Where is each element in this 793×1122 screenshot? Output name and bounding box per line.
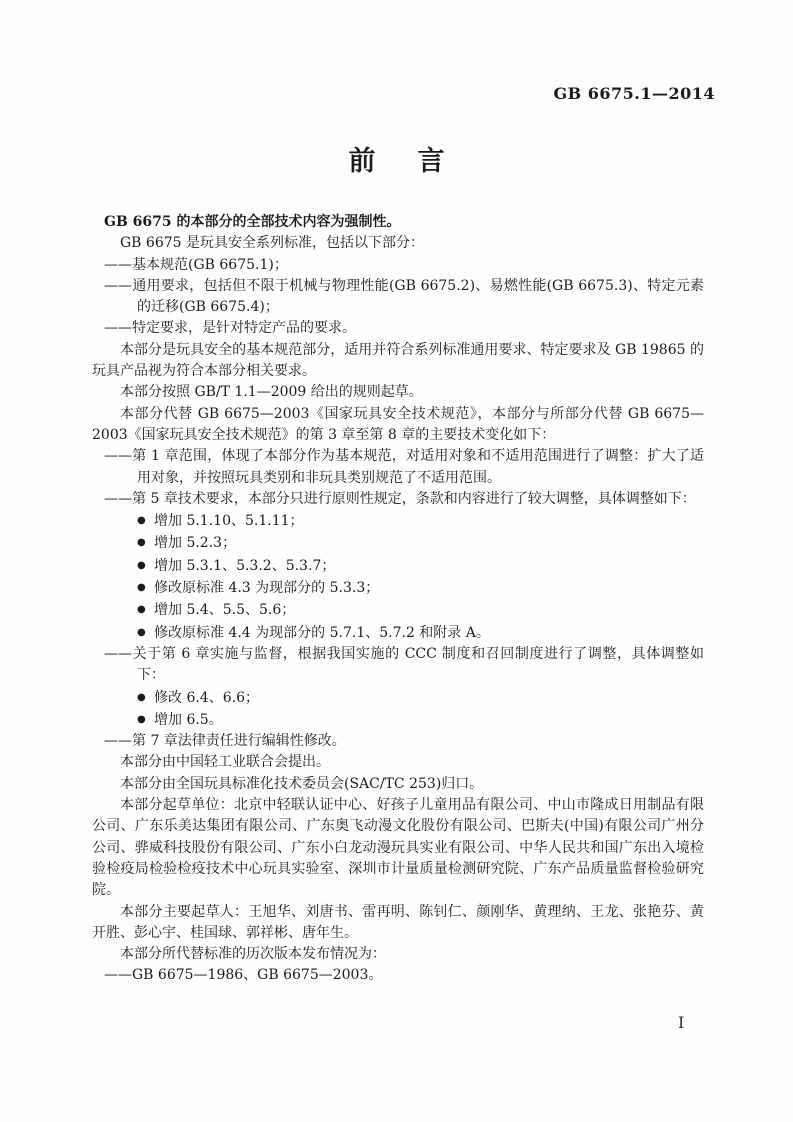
page-title-char-right: 言: [418, 146, 445, 178]
bullet-item: ●增加 5.3.1、5.3.2、5.3.7；: [92, 555, 704, 577]
bullet-icon: ●: [137, 532, 154, 553]
dash-item: ——GB 6675—1986、GB 6675—2003。: [92, 965, 704, 986]
bullet-item-text: 修改原标准 4.3 为现部分的 5.3.3；: [154, 580, 379, 596]
paragraph: 本部分所代替标准的历次版本发布情况为：: [92, 944, 704, 965]
dash-item: ——第 5 章技术要求，本部分只进行原则性规定，条款和内容进行了较大调整，具体调…: [92, 489, 704, 510]
document-page: GB 6675.1—2014 前 言 GB 6675 的本部分的全部技术内容为强…: [0, 0, 793, 1122]
bullet-icon: ●: [137, 709, 154, 730]
paragraph: 本部分起草单位：北京中轻联认证中心、好孩子儿童用品有限公司、中山市隆成日用制品有…: [92, 795, 704, 901]
page-number: I: [678, 1013, 684, 1032]
bullet-icon: ●: [137, 555, 154, 576]
paragraph: 本部分按照 GB/T 1.1—2009 给出的规则起草。: [92, 382, 704, 403]
bullet-item: ●修改原标准 4.3 为现部分的 5.3.3；: [92, 577, 704, 599]
bullet-item-text: 修改 6.4、6.6；: [154, 690, 259, 706]
bullet-icon: ●: [137, 599, 154, 620]
paragraph: 本部分是玩具安全的基本规范部分，适用并符合系列标准通用要求、特定要求及 GB 1…: [92, 340, 704, 383]
bullet-item: ●修改原标准 4.4 为现部分的 5.7.1、5.7.2 和附录 A。: [92, 622, 704, 644]
document-body: GB 6675 的本部分的全部技术内容为强制性。GB 6675 是玩具安全系列标…: [92, 212, 704, 987]
bullet-item: ●修改 6.4、6.6；: [92, 687, 704, 709]
paragraph: 本部分代替 GB 6675—2003《国家玩具安全技术规范》，本部分与所部分代替…: [92, 404, 704, 447]
page-title-char-left: 前: [349, 146, 376, 178]
standard-number: GB 6675.1—2014: [553, 84, 715, 103]
bullet-item: ●增加 5.4、5.5、5.6；: [92, 599, 704, 621]
paragraph: GB 6675 是玩具安全系列标准，包括以下部分：: [92, 233, 704, 254]
bullet-icon: ●: [137, 622, 154, 643]
dash-item: ——特定要求，是针对特定产品的要求。: [92, 318, 704, 339]
bullet-item-text: 增加 6.5。: [154, 712, 223, 728]
paragraph: 本部分主要起草人：王旭华、刘唐书、雷再明、陈钊仁、颜刚华、黄理纳、王龙、张艳芬、…: [92, 902, 704, 945]
paragraph: GB 6675 的本部分的全部技术内容为强制性。: [92, 212, 704, 233]
dash-item: ——关于第 6 章实施与监督，根据我国实施的 CCC 制度和召回制度进行了调整，…: [92, 644, 704, 687]
dash-item: ——第 1 章范围，体现了本部分作为基本规范，对适用对象和不适用范围进行了调整：…: [92, 446, 704, 489]
dash-item: ——通用要求，包括但不限于机械与物理性能(GB 6675.2)、易燃性能(GB …: [92, 276, 704, 319]
bullet-item: ●增加 5.1.10、5.1.11；: [92, 510, 704, 532]
bullet-icon: ●: [137, 577, 154, 598]
bullet-icon: ●: [137, 687, 154, 708]
bullet-icon: ●: [137, 510, 154, 531]
bullet-item-text: 增加 5.3.1、5.3.2、5.3.7；: [154, 558, 335, 574]
page-title: 前 言: [0, 146, 793, 178]
bullet-item-text: 增加 5.4、5.5、5.6；: [154, 602, 295, 618]
bullet-item: ●增加 5.2.3；: [92, 532, 704, 554]
bullet-item-text: 修改原标准 4.4 为现部分的 5.7.1、5.7.2 和附录 A。: [154, 625, 490, 641]
paragraph: 本部分由全国玩具标准化技术委员会(SAC/TC 253)归口。: [92, 774, 704, 795]
dash-item: ——第 7 章法律责任进行编辑性修改。: [92, 731, 704, 752]
bullet-item-text: 增加 5.1.10、5.1.11；: [154, 513, 304, 529]
bullet-item: ●增加 6.5。: [92, 709, 704, 731]
paragraph: 本部分由中国轻工业联合会提出。: [92, 752, 704, 773]
bullet-item-text: 增加 5.2.3；: [154, 535, 236, 551]
dash-item: ——基本规范(GB 6675.1)；: [92, 255, 704, 276]
